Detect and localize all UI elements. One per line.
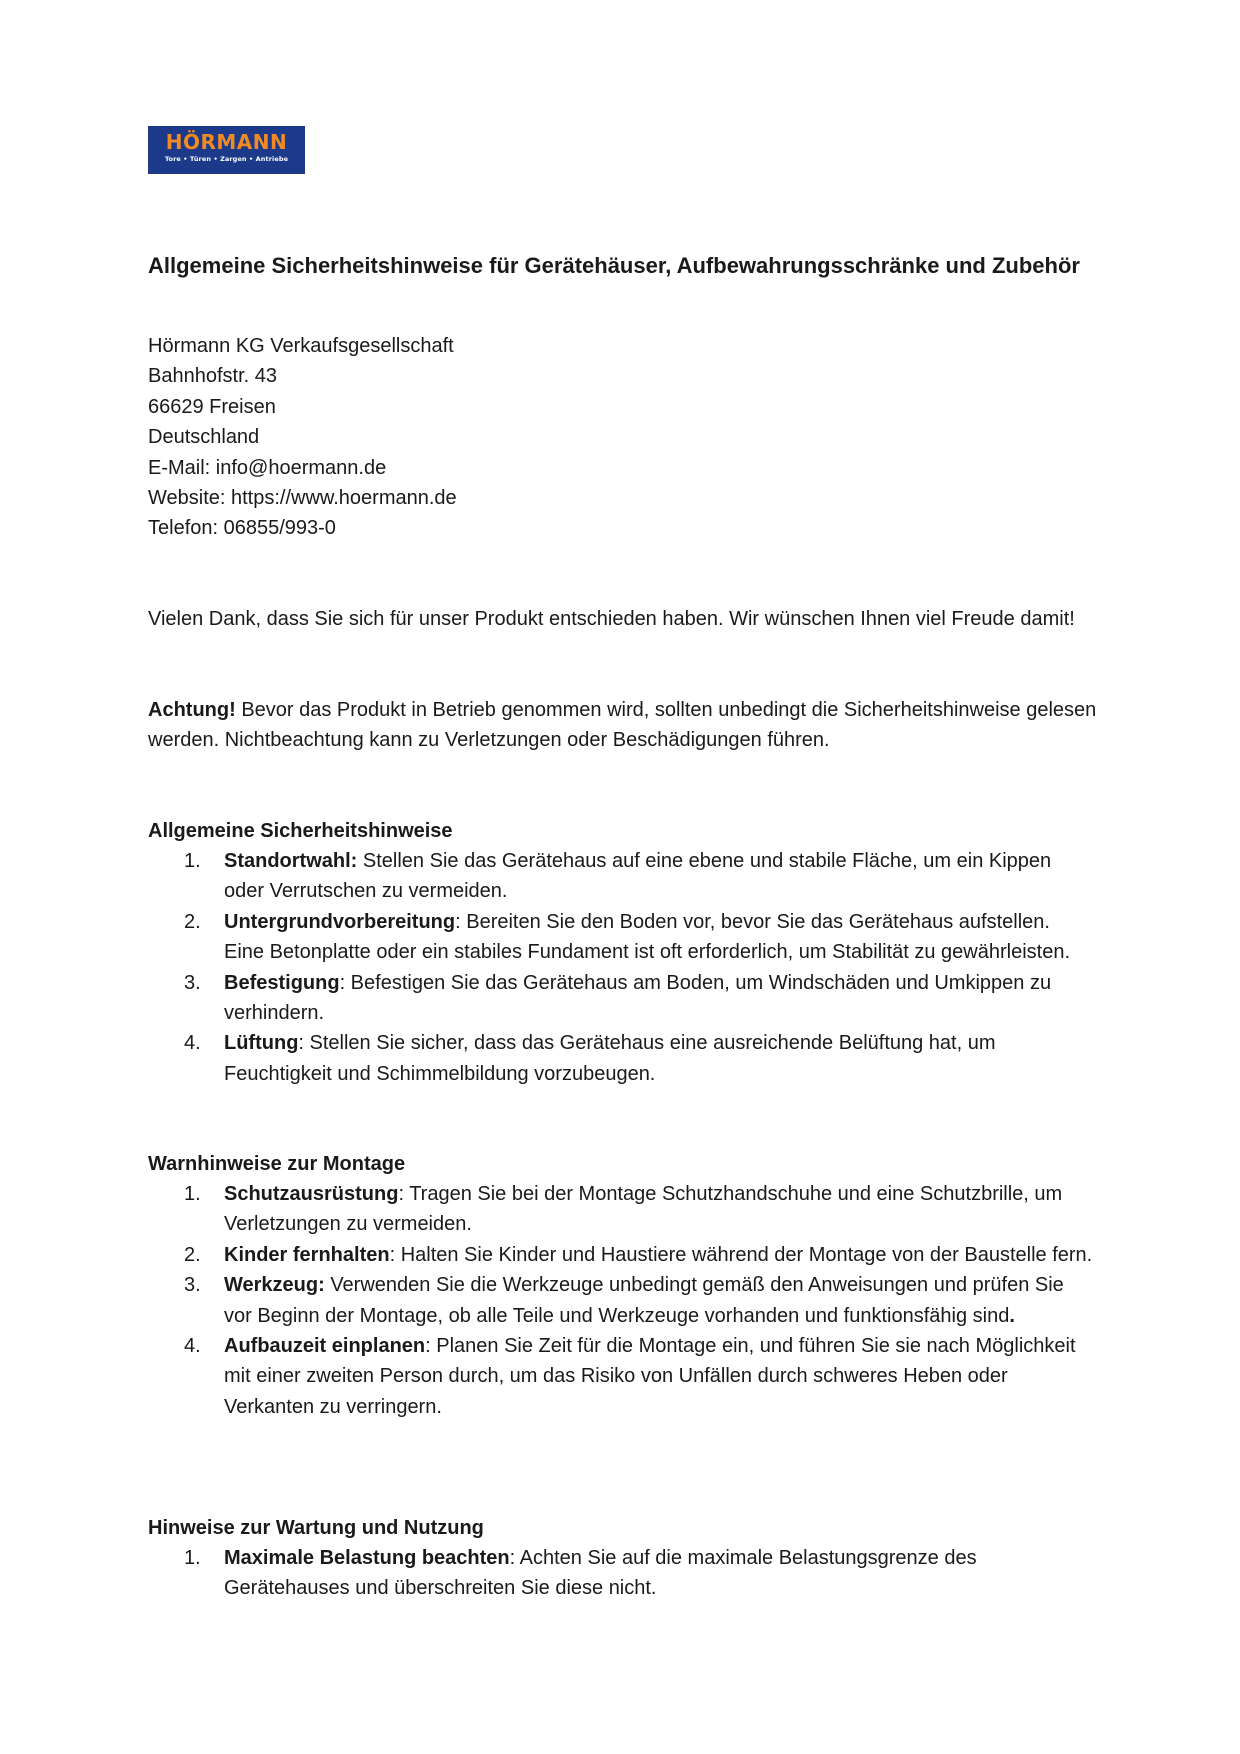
city: 66629 Freisen: [148, 392, 457, 422]
logo-brand: HÖRMANN: [148, 130, 305, 154]
warning-text: Bevor das Produkt in Betrieb genommen wi…: [148, 699, 1096, 751]
item-term: Schutzausrüstung: [224, 1183, 398, 1205]
email: E-Mail: info@hoermann.de: [148, 453, 457, 483]
warning-label: Achtung!: [148, 699, 236, 721]
item-text: : Halten Sie Kinder und Haustiere währen…: [390, 1244, 1093, 1266]
item-term: Kinder fernhalten: [224, 1244, 390, 1266]
item-term: Standortwahl:: [224, 850, 357, 872]
item-number: 3.: [184, 1270, 201, 1300]
list-item: 4.Lüftung: Stellen Sie sicher, dass das …: [148, 1028, 1093, 1089]
item-term: Lüftung: [224, 1032, 298, 1054]
item-term: Maximale Belastung beachten: [224, 1547, 510, 1569]
item-term: Aufbauzeit einplanen: [224, 1335, 425, 1357]
phone: Telefon: 06855/993-0: [148, 513, 457, 543]
item-term: Befestigung: [224, 972, 340, 994]
warning-paragraph: Achtung! Bevor das Produkt in Betrieb ge…: [148, 695, 1108, 756]
list-item: 2.Kinder fernhalten: Halten Sie Kinder u…: [148, 1240, 1093, 1270]
section-heading-assembly-warnings: Warnhinweise zur Montage: [148, 1149, 405, 1179]
list-item: 2.Untergrundvorbereitung: Bereiten Sie d…: [148, 907, 1093, 968]
item-number: 1.: [184, 1179, 201, 1209]
item-number: 2.: [184, 1240, 201, 1270]
thanks-paragraph: Vielen Dank, dass Sie sich für unser Pro…: [148, 604, 1108, 634]
general-safety-list: 1.Standortwahl: Stellen Sie das Geräteha…: [148, 846, 1093, 1089]
item-text: Verwenden Sie die Werkzeuge unbedingt ge…: [224, 1274, 1064, 1326]
item-number: 1.: [184, 1543, 201, 1573]
item-number: 4.: [184, 1028, 201, 1058]
item-term: Untergrundvorbereitung: [224, 911, 455, 933]
list-item: 3.Befestigung: Befestigen Sie das Geräte…: [148, 968, 1093, 1029]
list-item: 1.Maximale Belastung beachten: Achten Si…: [148, 1543, 1093, 1604]
item-text: : Befestigen Sie das Gerätehaus am Boden…: [224, 972, 1051, 1024]
item-number: 1.: [184, 846, 201, 876]
list-item: 4.Aufbauzeit einplanen: Planen Sie Zeit …: [148, 1331, 1093, 1422]
logo-tagline: Tore • Türen • Zargen • Antriebe: [148, 154, 305, 164]
section-heading-general-safety: Allgemeine Sicherheitshinweise: [148, 816, 453, 846]
list-item: 3.Werkzeug: Verwenden Sie die Werkzeuge …: [148, 1270, 1093, 1331]
maintenance-usage-list: 1.Maximale Belastung beachten: Achten Si…: [148, 1543, 1093, 1604]
item-tail: .: [1009, 1305, 1015, 1327]
item-term: Werkzeug:: [224, 1274, 325, 1296]
item-number: 2.: [184, 907, 201, 937]
website: Website: https://www.hoermann.de: [148, 483, 457, 513]
item-number: 3.: [184, 968, 201, 998]
country: Deutschland: [148, 422, 457, 452]
company-address: Hörmann KG Verkaufsgesellschaft Bahnhofs…: [148, 331, 457, 544]
section-heading-maintenance-usage: Hinweise zur Wartung und Nutzung: [148, 1513, 484, 1543]
company-name: Hörmann KG Verkaufsgesellschaft: [148, 331, 457, 361]
street: Bahnhofstr. 43: [148, 361, 457, 391]
hoermann-logo: HÖRMANN Tore • Türen • Zargen • Antriebe: [148, 126, 305, 174]
document-title: Allgemeine Sicherheitshinweise für Gerät…: [148, 250, 1108, 282]
list-item: 1.Schutzausrüstung: Tragen Sie bei der M…: [148, 1179, 1093, 1240]
item-text: : Stellen Sie sicher, dass das Gerätehau…: [224, 1032, 996, 1084]
item-number: 4.: [184, 1331, 201, 1361]
assembly-warnings-list: 1.Schutzausrüstung: Tragen Sie bei der M…: [148, 1179, 1093, 1422]
list-item: 1.Standortwahl: Stellen Sie das Geräteha…: [148, 846, 1093, 907]
